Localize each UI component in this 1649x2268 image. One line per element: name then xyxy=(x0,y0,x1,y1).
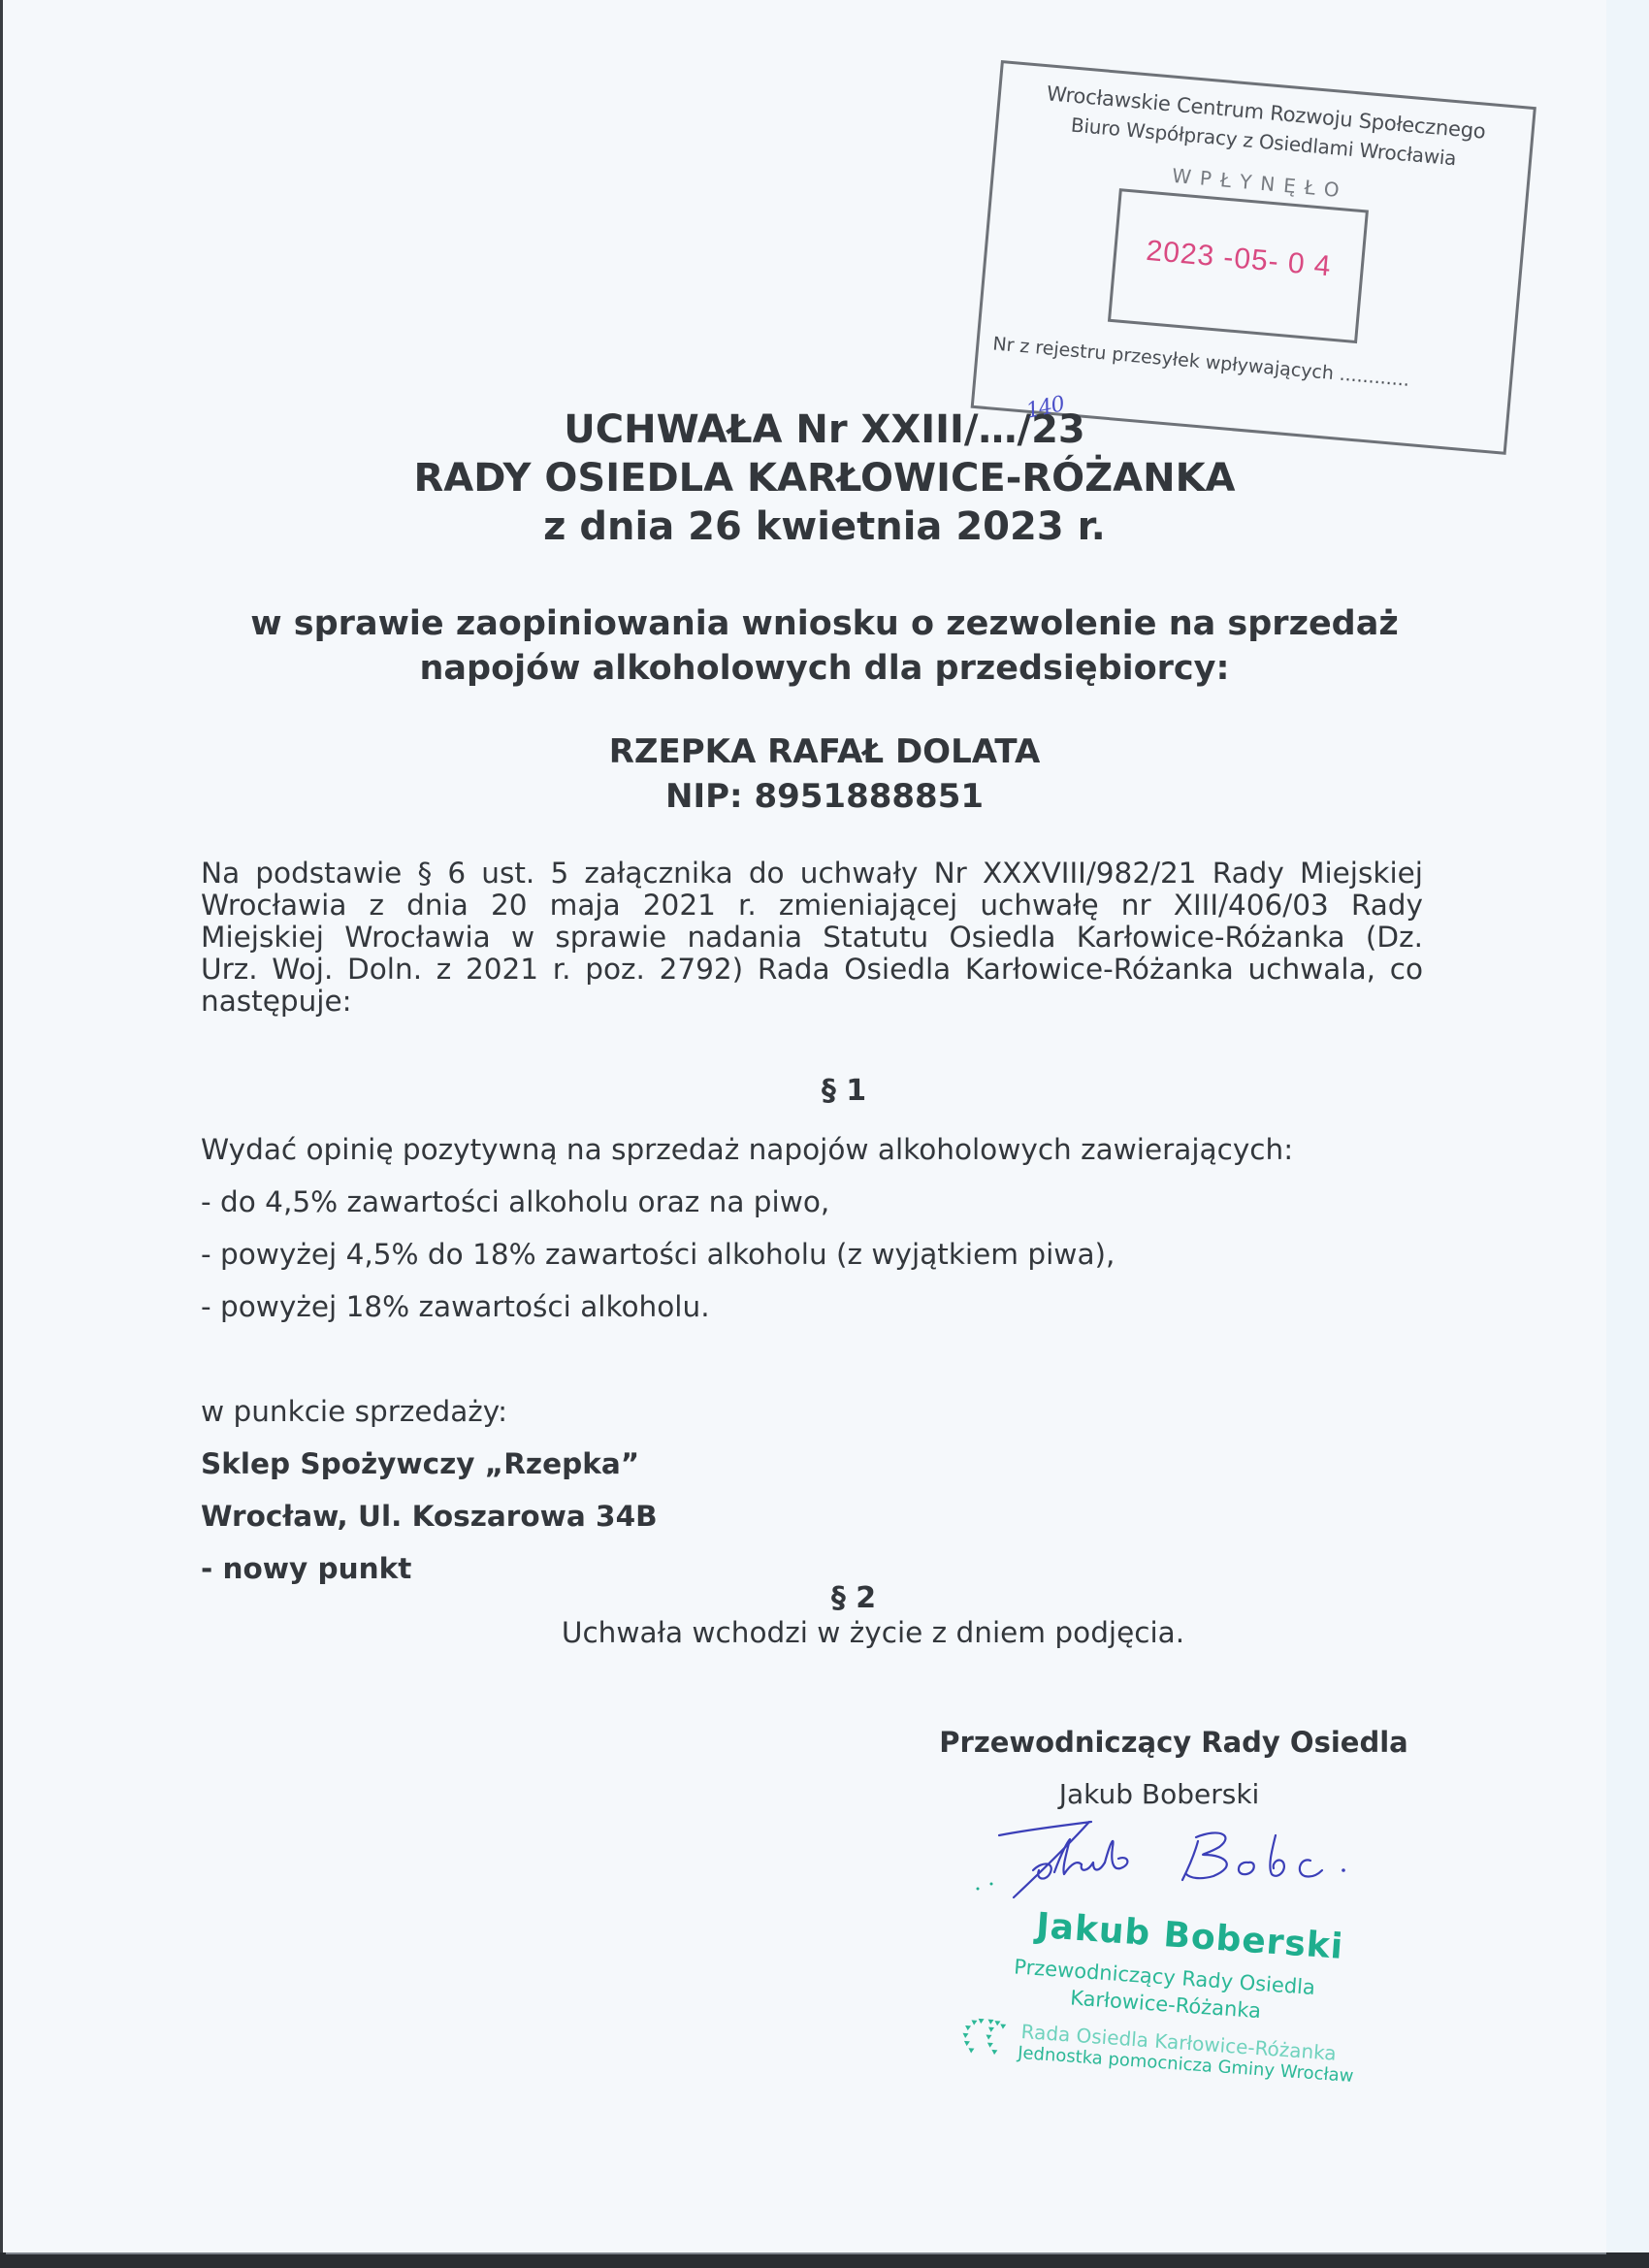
alcohol-category-item: - powyżej 4,5% do 18% zawartości alkohol… xyxy=(201,1228,1293,1280)
alcohol-category-item: - powyżej 18% zawartości alkoholu. xyxy=(201,1280,1293,1333)
legal-basis-line: następuje: xyxy=(201,986,1423,1018)
point-of-sale-block: w punkcie sprzedaży: Sklep Spożywczy „Rz… xyxy=(201,1385,658,1595)
title-date: z dnia 26 kwietnia 2023 r. xyxy=(0,502,1649,551)
resolution-subject: w sprawie zaopiniowania wniosku o zezwol… xyxy=(0,601,1649,691)
legal-basis-line: Miejskiej Wrocławia w sprawie nadania St… xyxy=(201,922,1423,954)
council-logo-icon xyxy=(959,2016,1009,2061)
scan-edge-left xyxy=(0,0,3,2268)
point-of-sale-label: w punkcie sprzedaży: xyxy=(201,1385,658,1438)
shop-address: Wrocław, Ul. Koszarowa 34B xyxy=(201,1490,658,1542)
legal-basis-paragraph: Na podstawie § 6 ust. 5 załącznika do uc… xyxy=(201,858,1423,1018)
legal-basis-line: Wrocławia z dnia 20 maja 2021 r. zmienia… xyxy=(201,890,1423,922)
scan-margin xyxy=(1606,0,1649,2252)
subject-line-2: napojów alkoholowych dla przedsiębiorcy: xyxy=(0,646,1649,691)
document-page: Wrocławskie Centrum Rozwoju Społecznego … xyxy=(0,0,1649,2268)
resolution-title: UCHWAŁA Nr XXIII/…/23 RADY OSIEDLA KARŁO… xyxy=(0,405,1649,551)
subject-line-1: w sprawie zaopiniowania wniosku o zezwol… xyxy=(0,601,1649,646)
legal-basis-line: Urz. Woj. Doln. z 2021 r. poz. 2792) Rad… xyxy=(201,954,1423,986)
title-council: RADY OSIEDLA KARŁOWICE-RÓŻANKA xyxy=(0,454,1649,502)
section-1-body: Wydać opinię pozytywną na sprzedaż napoj… xyxy=(201,1123,1293,1333)
section-2-mark: § 2 xyxy=(29,1581,1649,1615)
entrepreneur-name: RZEPKA RAFAŁ DOLATA xyxy=(0,729,1649,774)
entrepreneur-block: RZEPKA RAFAŁ DOLATA NIP: 8951888851 xyxy=(0,729,1649,819)
stamp-date-box: 2023 -05- 0 4 xyxy=(1108,188,1369,343)
stamp-date: 2023 -05- 0 4 xyxy=(1115,232,1362,286)
handwritten-signature-icon xyxy=(946,1812,1373,1899)
section-1-mark: § 1 xyxy=(19,1074,1649,1108)
alcohol-category-item: - do 4,5% zawartości alkoholu oraz na pi… xyxy=(201,1176,1293,1228)
legal-basis-line: Na podstawie § 6 ust. 5 załącznika do uc… xyxy=(201,858,1423,890)
chairman-name-stamp: Jakub Boberski Przewodniczący Rady Osied… xyxy=(956,1901,1376,2123)
signatory-name: Jakub Boberski xyxy=(912,1775,1436,1814)
scan-edge-bottom xyxy=(0,2252,1649,2268)
section-2-text: Uchwała wchodzi w życie z dniem podjęcia… xyxy=(0,1616,1649,1649)
stamp-chairman-name: Jakub Boberski xyxy=(1035,1906,1344,1967)
signatory-role: Przewodniczący Rady Osiedla xyxy=(912,1723,1436,1762)
entrepreneur-nip: NIP: 8951888851 xyxy=(0,774,1649,819)
title-number: UCHWAŁA Nr XXIII/…/23 xyxy=(0,405,1649,454)
section-1-intro: Wydać opinię pozytywną na sprzedaż napoj… xyxy=(201,1123,1293,1176)
signature-block: Przewodniczący Rady Osiedla Jakub Bobers… xyxy=(912,1723,1436,1814)
scan-page-edge-line xyxy=(6,2252,1606,2254)
shop-name: Sklep Spożywczy „Rzepka” xyxy=(201,1438,658,1490)
